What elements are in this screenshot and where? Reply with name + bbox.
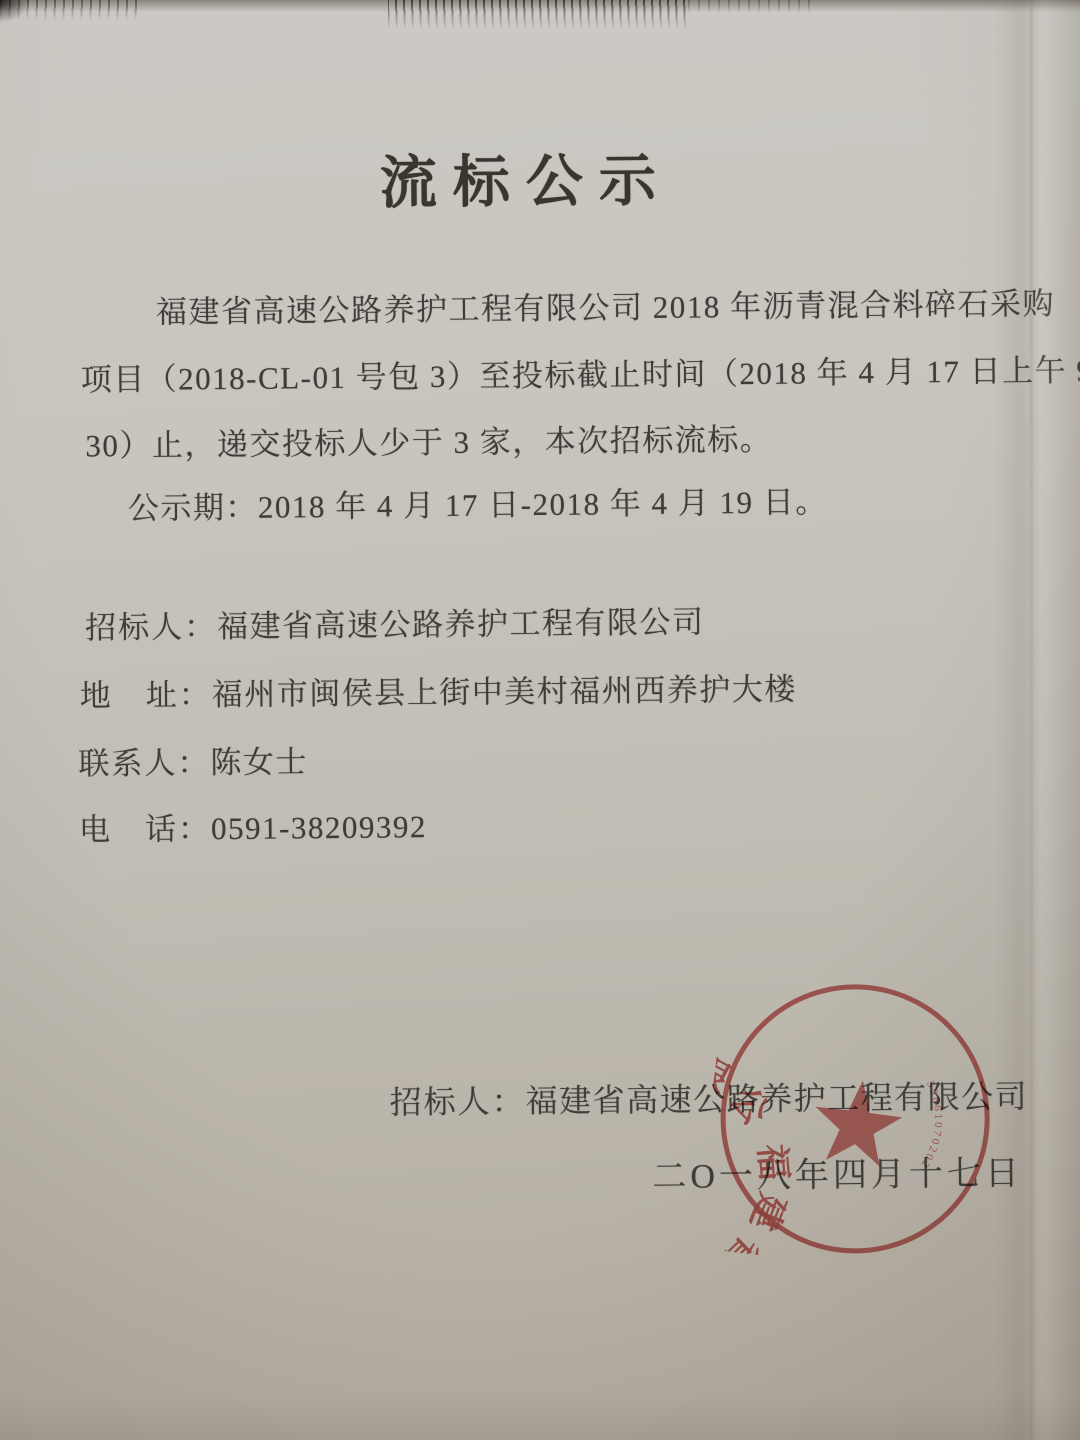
body-line: 福建省高速公路养护工程有限公司 2018 年沥青混合料碎石采购	[156, 278, 1055, 332]
body-line: 30）止，递交投标人少于 3 家，本次招标流标。	[85, 414, 772, 466]
contact-value: 陈女士	[210, 744, 308, 780]
paper-bottom-shadow	[0, 1394, 1080, 1440]
contact-row-phone: 电 话：0591-38209392	[79, 801, 427, 849]
contact-row-person: 联系人：陈女士	[78, 736, 308, 783]
star-icon	[809, 1075, 906, 1168]
paper-crinkle	[388, 0, 688, 32]
contact-label: 招标人：	[85, 609, 217, 645]
contact-value: 0591-38209392	[211, 809, 427, 846]
contact-value: 福建省高速公路养护工程有限公司	[217, 604, 705, 644]
paper-fold-shadow	[994, 0, 1080, 1440]
body-line: 项目（2018-CL-01 号包 3）至投标截止时间（2018 年 4 月 17…	[80, 344, 1080, 399]
dark-corner	[0, 0, 30, 22]
contact-row-address: 地 址：福州市闽侯县上街中美村福州西养护大楼	[80, 664, 797, 716]
contact-label: 联系人：	[78, 745, 210, 781]
document-photo: 流标公示 福建省高速公路养护工程有限公司 2018 年沥青混合料碎石采购 项目（…	[0, 0, 1080, 1440]
signature-label: 招标人：	[389, 1083, 525, 1120]
contact-label: 电 话：	[79, 811, 211, 847]
seal-serial-number: 59861070202	[913, 1078, 949, 1173]
contact-label: 地 址：	[80, 677, 212, 713]
contact-value: 福州市闽侯县上街中美村福州西养护大楼	[212, 672, 797, 713]
paper-fold-seam	[1030, 0, 1033, 1440]
paper-crinkle	[688, 0, 818, 16]
body-line: 公示期：2018 年 4 月 17 日-2018 年 4 月 19 日。	[128, 476, 828, 528]
contact-row-tenderer: 招标人：福建省高速公路养护工程有限公司	[85, 596, 705, 647]
page-title: 流标公示	[0, 131, 1057, 223]
company-seal-stamp: 福建省高速公路养护工程有限公司 59861070202	[693, 957, 1018, 1282]
